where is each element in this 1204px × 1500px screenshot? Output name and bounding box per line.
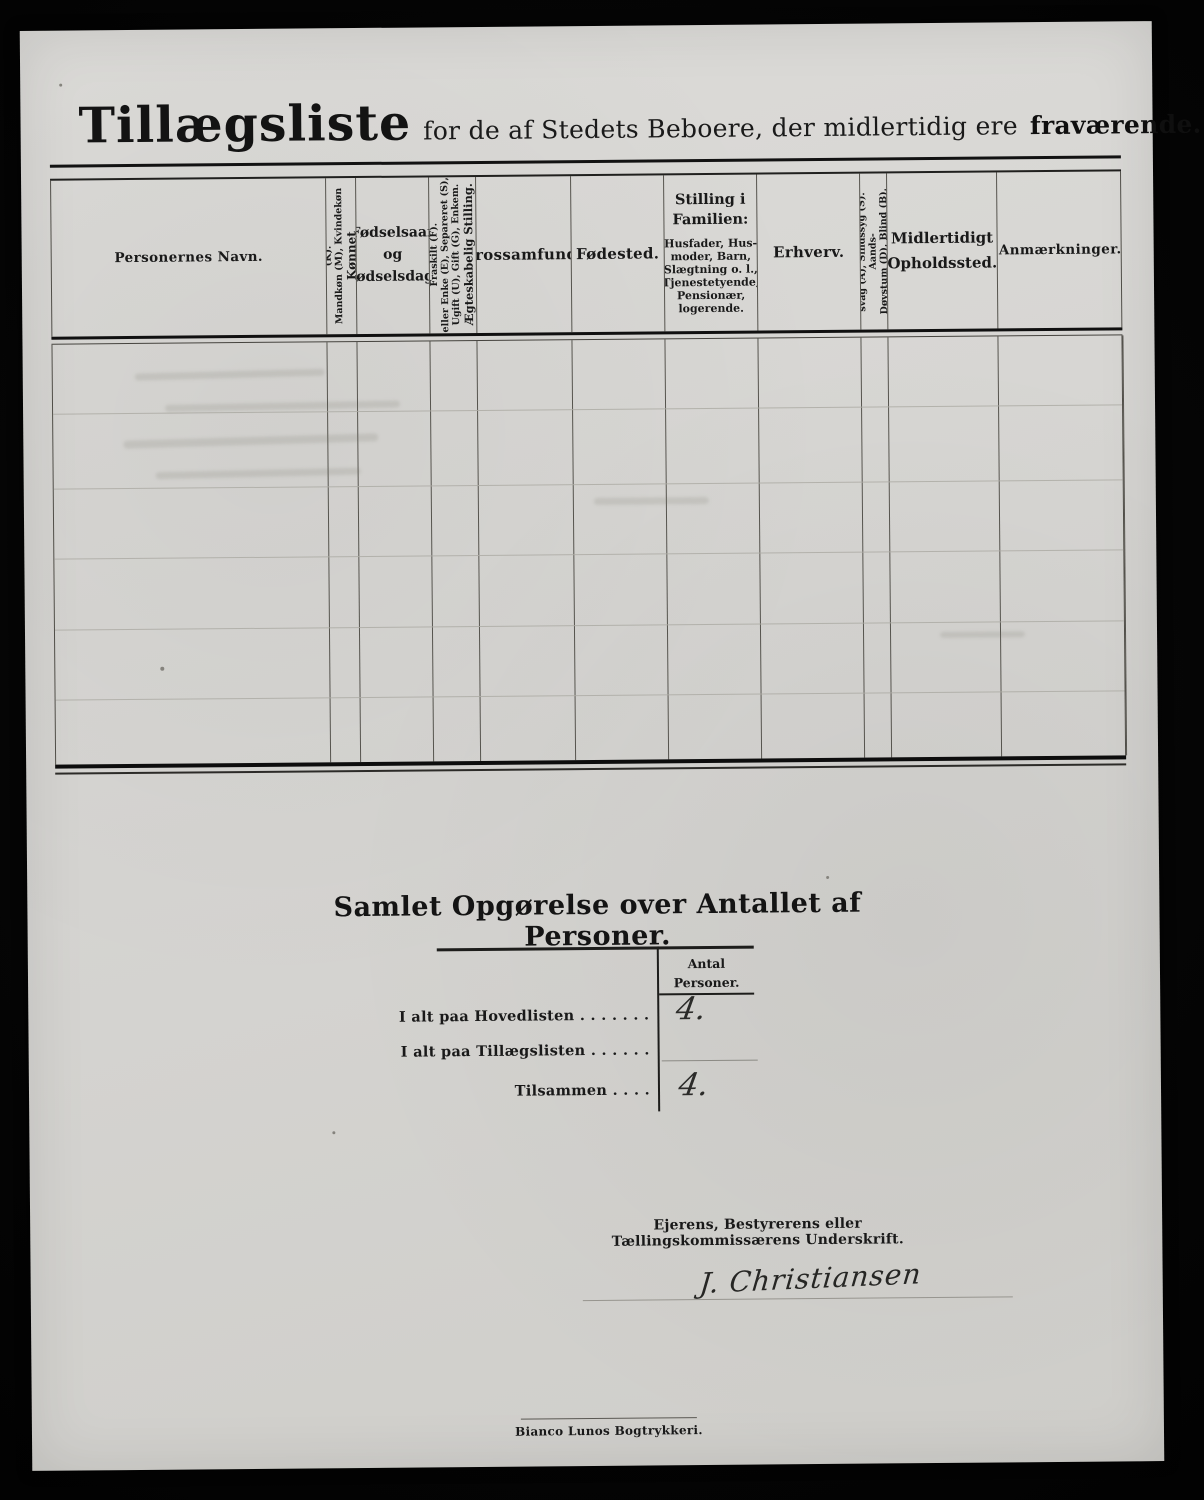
table-header-row: Personernes Navn. Kønnet Mandkøn (M), Kv… xyxy=(50,171,1122,336)
table-column-blank xyxy=(758,338,865,759)
family-title: Stilling i Familien: xyxy=(664,190,758,230)
table-column-blank xyxy=(572,339,669,760)
ink-bleed-ghost xyxy=(594,497,709,505)
scan-speck xyxy=(826,876,829,879)
scan-speck xyxy=(59,84,62,87)
table-body xyxy=(51,335,1126,764)
summary-total-separator xyxy=(662,1060,758,1062)
header-trossamfund: Trossamfund. xyxy=(476,176,572,333)
header-stilling-i-familien: Stilling i Familien: Husfader, Hus- mode… xyxy=(664,175,758,332)
header-anmaerkninger: Anmærkninger. xyxy=(997,171,1123,328)
title-subtitle: for de af Stedets Beboere, der midlertid… xyxy=(423,111,1018,145)
table-column-blank xyxy=(888,336,1002,757)
header-foedselsaar: Fødselsaar og Fødselsdag. xyxy=(356,177,430,334)
header-foedested: Fødested. xyxy=(571,175,665,332)
header-midlertidigt-opholdssted: Midlertidigt Opholdssted. xyxy=(887,172,998,329)
table-column-blank xyxy=(665,339,762,760)
census-form-page: Tillægsliste for de af Stedets Beboere, … xyxy=(20,21,1165,1471)
summary-label-tillaegslisten: I alt paa Tillægslisten . . . . . . xyxy=(355,1042,650,1062)
marital-sub: Ugift (U), Gift (G), Enkem. eller Enke (… xyxy=(429,178,463,333)
disability-line2: svag (A), Sindssyg (S). xyxy=(860,174,869,330)
summary-heading: Samlet Opgørelse over Antallet af Person… xyxy=(277,887,918,955)
ink-bleed-ghost xyxy=(940,631,1025,638)
header-doevstum: Døvstum (D), Blind (B), Aands- svag (A),… xyxy=(860,173,888,329)
signature-line xyxy=(583,1296,1013,1301)
scan-speck xyxy=(332,1131,335,1134)
summary-count-column-header: Antal Personer. xyxy=(659,955,754,993)
table-column-blank xyxy=(861,337,892,757)
marital-title: Ægteskabelig Stilling. xyxy=(462,177,477,332)
summary-value-hovedlisten: 4. xyxy=(673,991,709,1027)
title-rule xyxy=(50,155,1121,167)
page-title: Tillægsliste for de af Stedets Beboere, … xyxy=(78,87,1118,154)
header-koennet: Kønnet Mandkøn (M), Kvindekøn (K). xyxy=(326,178,357,334)
summary-value-tilsammen: 4. xyxy=(676,1067,712,1103)
summary-label-tilsammen: Tilsammen . . . . xyxy=(355,1082,650,1102)
printer-rule xyxy=(521,1417,697,1420)
header-personernes-navn: Personernes Navn. xyxy=(51,178,327,336)
signature-handwritten: J. Christiansen xyxy=(649,1255,972,1302)
title-main: Tillægsliste xyxy=(78,94,411,155)
table-column-blank xyxy=(477,340,576,761)
header-erhverv: Erhverv. xyxy=(757,174,861,331)
signature-caption: Ejerens, Bestyrerens eller Tællingskommi… xyxy=(560,1215,955,1250)
koennet-sub: Mandkøn (M), Kvindekøn (K). xyxy=(326,178,346,334)
header-aegteskabelig-stilling: Ægteskabelig Stilling. Ugift (U), Gift (… xyxy=(429,177,477,333)
title-emphasis: fraværende. xyxy=(1030,110,1202,140)
scan-background: Tillægsliste for de af Stedets Beboere, … xyxy=(0,0,1204,1500)
scan-speck xyxy=(160,667,164,671)
disability-line1: Døvstum (D), Blind (B), Aands- xyxy=(868,173,889,329)
table-column-blank xyxy=(998,335,1127,756)
printer-imprint: Bianco Lunos Bogtrykkeri. xyxy=(496,1423,722,1439)
summary-label-hovedlisten: I alt paa Hovedlisten . . . . . . . xyxy=(354,1007,649,1027)
family-sub: Husfader, Hus- moder, Barn, Slægtning o.… xyxy=(664,236,758,316)
table-column-blank xyxy=(430,341,481,761)
